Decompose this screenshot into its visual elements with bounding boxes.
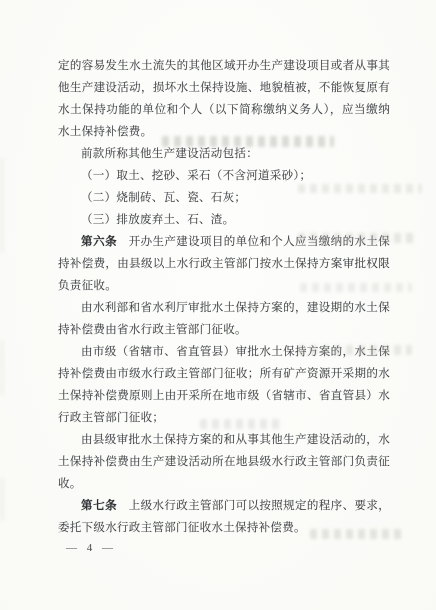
- document-body: 定的容易发生水土流失的其他区域开办生产建设项目或者从事其他生产建设活动，损坏水土…: [58, 55, 390, 539]
- document-paragraph: 由水利部和省水利厅审批水土保持方案的，建设期的水土保持补偿费由省水行政主管部门征…: [58, 297, 390, 341]
- document-paragraph: 第六条开办生产建设项目的单位和个人应当缴纳的水土保持补偿费，由县级以上水行政主管…: [58, 231, 390, 297]
- document-paragraph: 由县级审批水土保持方案的和从事其他生产建设活动的，水土保持补偿费由生产建设活动所…: [58, 429, 390, 495]
- page-number: — 4 —: [66, 542, 114, 554]
- document-paragraph: （一）取土、挖砂、采石（不含河道采砂）；: [58, 165, 390, 187]
- scan-edge-artifact: [0, 158, 4, 253]
- document-paragraph: 第七条上级水行政主管部门可以按照规定的程序、要求，委托下级水行政主管部门征收水土…: [58, 495, 390, 539]
- document-paragraph: 定的容易发生水土流失的其他区域开办生产建设项目或者从事其他生产建设活动，损坏水土…: [58, 55, 390, 143]
- article-number: 第六条: [81, 236, 117, 248]
- document-paragraph: （三）排放废弃土、石、渣。: [58, 209, 390, 231]
- scanned-document-page: 定的容易发生水土流失的其他区域开办生产建设项目或者从事其他生产建设活动，损坏水土…: [0, 0, 436, 610]
- document-paragraph: 由市级（省辖市、省直管县）审批水土保持方案的，水土保持补偿费由市级水行政主管部门…: [58, 341, 390, 429]
- article-number: 第七条: [81, 500, 117, 512]
- scan-edge-artifact: [0, 478, 4, 520]
- document-paragraph: （二）烧制砖、瓦、瓷、石灰；: [58, 187, 390, 209]
- document-paragraph: 前款所称其他生产建设活动包括：: [58, 143, 390, 165]
- scan-edge-artifact: [0, 340, 4, 395]
